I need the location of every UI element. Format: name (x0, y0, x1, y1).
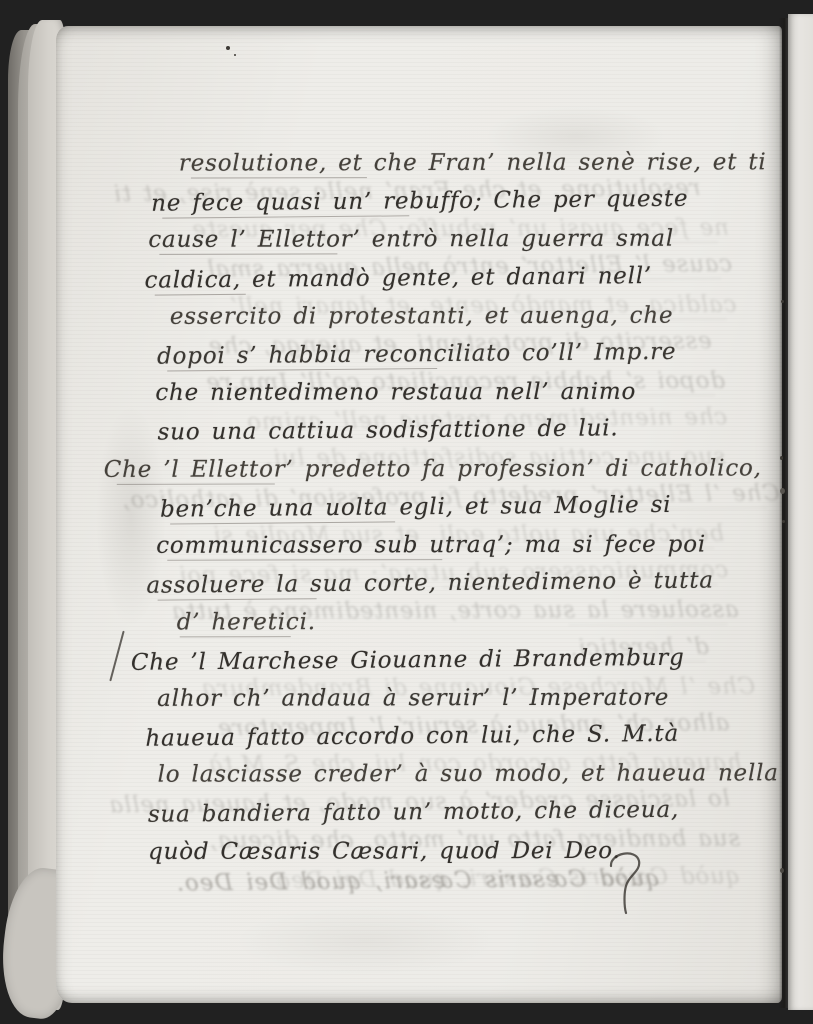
manuscript-page: resolutione, et che Fran’ nella senè ris… (56, 26, 782, 1003)
facing-page-edge (788, 14, 813, 1010)
manuscript-line: ben’che una uolta egli, et sua Moglie si (160, 486, 672, 529)
manuscript-line-text: ne fece quasi un’ rebuffo; Che per quest… (151, 186, 689, 217)
manuscript-line-text: alhor ch’ andaua à seruir’ l’ Imperatore (157, 685, 669, 712)
manuscript-line-text: dopoi s’ habbia reconciliato co’ll’ Imp.… (157, 339, 677, 370)
manuscript-line-text: sua bandiera fatto un’ motto, che diceua… (148, 797, 679, 828)
manuscript-line: essercito di protestanti, et auenga, che (170, 296, 674, 335)
margin-paragraph-mark (109, 631, 124, 682)
manuscript-line: dopoi s’ habbia reconciliato co’ll’ Imp.… (157, 333, 677, 376)
manuscript-line: caldica, et mandò gente, et danari nell’ (144, 257, 652, 300)
manuscript-scan: resolutione, et che Fran’ nella senè ris… (0, 0, 813, 1024)
manuscript-line-text: suo una cattiua sodisfattione de lui. (157, 416, 618, 446)
manuscript-line: suo una cattiua sodisfattione de lui. (157, 410, 618, 452)
manuscript-line-text: Che ’l Marchese Giouanne di Brandemburg (131, 644, 685, 675)
manuscript-line-text: quòd Cæsaris Cæsari, quod Dei Deo. (148, 838, 621, 865)
manuscript-line-text: cause l’ Ellettor’ entrò nella guerra sm… (148, 226, 674, 253)
manuscript-line-text: assoluere la sua corte, nientedimeno è t… (146, 568, 714, 599)
ink-underline (159, 254, 338, 255)
ink-underline (155, 294, 246, 296)
manuscript-line-text: d’ heretici. (177, 610, 316, 636)
manuscript-line: assoluere la sua corte, nientedimeno è t… (146, 562, 714, 605)
manuscript-line: haueua fatto accordo con lui, che S. M.t… (145, 715, 679, 758)
manuscript-line: sua bandiera fatto un’ motto, che diceua… (148, 791, 679, 834)
gutter-speck (782, 520, 785, 523)
manuscript-line: che nientedimeno restaua nell’ animo (155, 373, 636, 412)
ink-speck (234, 54, 236, 56)
manuscript-line: cause l’ Ellettor’ entrò nella guerra sm… (148, 220, 674, 259)
handwritten-text-block: resolutione, et che Fran’ nella senè ris… (146, 142, 762, 872)
ink-underline (158, 599, 317, 601)
manuscript-line: quòd Cæsaris Cæsari, quod Dei Deo. (148, 832, 621, 871)
ink-underline (191, 177, 367, 178)
manuscript-line-text: che nientedimeno restaua nell’ animo (155, 379, 636, 406)
ink-underline (167, 559, 442, 561)
manuscript-line-text: caldica, et mandò gente, et danari nell’ (144, 263, 652, 294)
manuscript-line-text: lo lasciasse creder’ à suo modo, et haue… (158, 760, 779, 787)
paper-stain (236, 906, 496, 976)
manuscript-line-text: ben’che una uolta egli, et sua Moglie si (160, 492, 672, 523)
manuscript-line-text: essercito di protestanti, et auenga, che (170, 302, 674, 329)
manuscript-line: Che ’l Ellettor’ predetto fa profession’… (104, 449, 762, 489)
manuscript-line: ne fece quasi un’ rebuffo; Che per quest… (151, 180, 689, 223)
manuscript-line-text: Che ’l Ellettor’ predetto fa profession’… (104, 455, 762, 482)
manuscript-line: alhor ch’ andaua à seruir’ l’ Imperatore (157, 679, 669, 718)
manuscript-line-text: resolutione, et che Fran’ nella senè ris… (179, 149, 767, 176)
gutter-speck (780, 456, 783, 460)
gutter-speck (780, 488, 785, 494)
manuscript-line-text: haueua fatto accordo con lui, che S. M.t… (145, 721, 679, 752)
manuscript-line: resolutione, et che Fran’ nella senè ris… (179, 143, 767, 183)
manuscript-line: lo lasciasse creder’ à suo modo, et haue… (158, 754, 779, 794)
ink-underline (180, 637, 291, 638)
ink-speck (226, 46, 230, 50)
gutter-speck (780, 868, 784, 873)
manuscript-line: Che ’l Marchese Giouanne di Brandemburg (131, 638, 685, 681)
manuscript-line: d’ heretici. (177, 604, 316, 643)
manuscript-line-text: communicassero sub utraq’; ma si fece po… (156, 532, 706, 559)
ink-underline (117, 483, 275, 484)
gutter-speck (781, 300, 784, 303)
manuscript-line: communicassero sub utraq’; ma si fece po… (156, 526, 706, 565)
end-flourish-mark (608, 850, 646, 920)
